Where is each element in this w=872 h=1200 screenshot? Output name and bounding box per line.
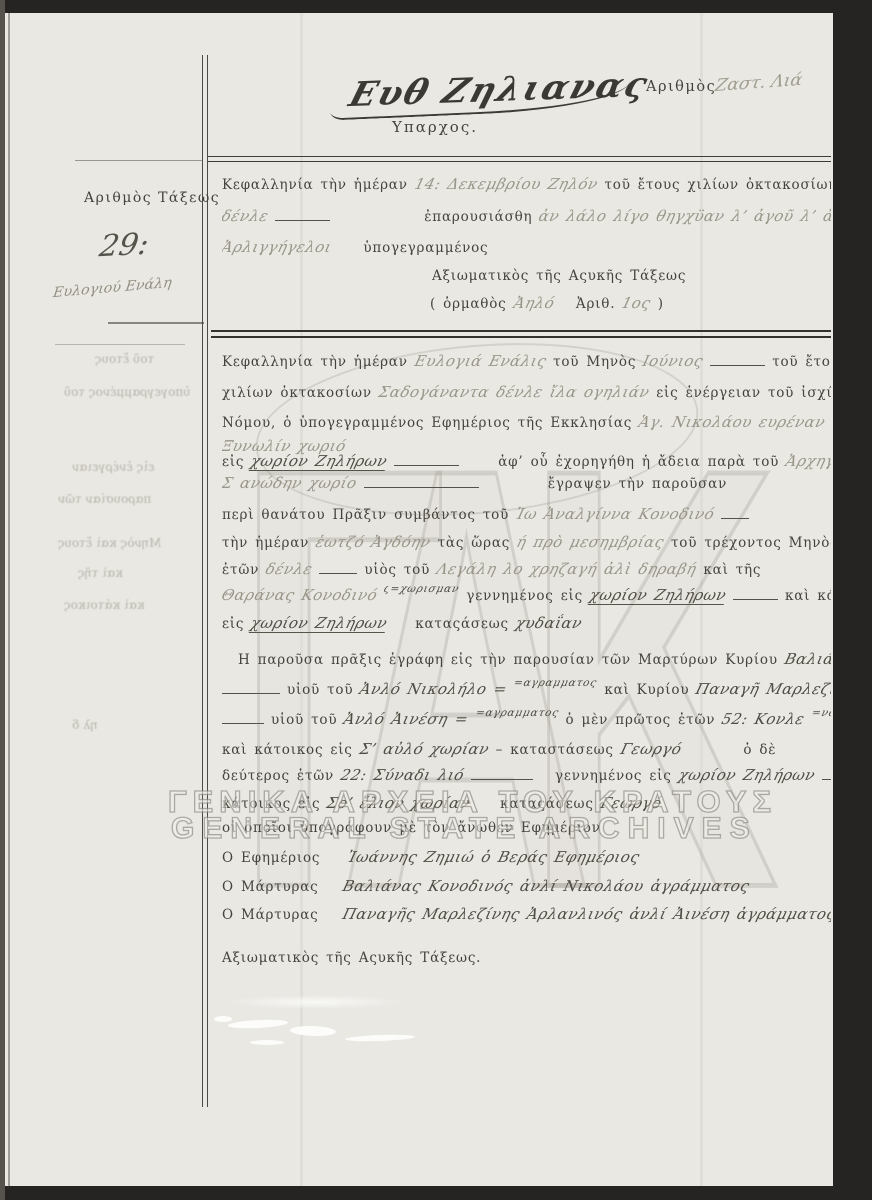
printed-text: καὶ τῆς xyxy=(703,562,761,578)
handwritten-text: 14: Δεκεμβρίου Ζηλόν xyxy=(412,175,599,193)
header-rule-margin xyxy=(75,160,203,161)
section-divider-rule xyxy=(211,330,831,338)
printed-text: Ο Μάρτυρας xyxy=(222,907,319,923)
blank-rule xyxy=(688,753,736,754)
printed-text: κάτοικος εἰς xyxy=(222,796,320,812)
text-line: δεύτερος ἐτῶν22: Σύναδι λιόγεννημένος εἰ… xyxy=(222,766,831,784)
blank-rule xyxy=(394,454,459,466)
text-line: ἐτῶνδένλευἱὸς τοῦΛεγάλη λο χρηζαγή ἀλὶ δ… xyxy=(222,560,768,578)
text-line: Ο ΕφημέριοςἸωάννης Ζημιώ ὁ Βεράς Εφημέρι… xyxy=(222,848,647,866)
text-line: Η παροῦσα πρᾶξις ἐγράφη εἰς τὴν παρουσία… xyxy=(238,650,831,668)
blank-rule xyxy=(364,476,479,488)
printed-text: ὁ δὲ xyxy=(743,742,776,758)
margin-vertical-rule xyxy=(202,55,208,1107)
handwritten-text: Ἰω Ἀναλγίννα Κονοδινό xyxy=(514,505,717,523)
handwritten-text: χωρίον Ζηλήρων xyxy=(676,766,817,784)
text-line: Κεφαλληνία τὴν ἡμέραν14: Δεκεμβρίου Ζηλό… xyxy=(222,175,831,193)
scan-edge-left xyxy=(0,0,5,1200)
handwritten-text: Ευλογιά Ενάλις xyxy=(412,352,548,370)
printed-text: γεννημένος εἰς xyxy=(466,588,583,604)
text-line: Ο ΜάρτυραςΠαναγῆς Μαρλεζίνης Ἀρλανλινός … xyxy=(222,905,831,923)
book-spine-line xyxy=(8,13,10,1187)
blank-rule xyxy=(561,307,569,308)
blank-rule xyxy=(540,779,548,780)
printed-text: ἀφ’ οὗ ἐχορηγήθη ἡ ἄδεια παρὰ τοῦ xyxy=(498,454,779,470)
text-line: υἱοῦ τοῦἈνλό Ἀινέση ==ἀγράμματοςὁ μὲν πρ… xyxy=(222,710,831,728)
document-scan: ΓΑΚ ΓΕΝΙΚΑ ΑΡΧΕΙΑ ΤΟΥ ΚΡΑΤΟΥΣ GENERAL ST… xyxy=(0,0,872,1200)
printed-text: καὶ κάτοικος εἰς xyxy=(222,742,353,758)
blank-rule xyxy=(721,507,749,519)
printed-text: υἱὸς τοῦ xyxy=(364,562,430,578)
header-title: Υπαρχος. xyxy=(392,118,478,136)
bleed-through-text: Μηνὸς καὶ ἔτους xyxy=(57,536,162,550)
bleed-through-text: εἰς ἐνέργειαν xyxy=(71,460,156,474)
text-line: οἱ ὁποῖοι ὑπογράφουν μὲ τὸν ἄνωθεν Εφημέ… xyxy=(222,820,608,836)
handwritten-text: Ἀρλιγγήγελοι xyxy=(222,238,334,256)
printed-text: οἱ ὁποῖοι ὑπογράφουν μὲ τὸν ἄνωθεν Εφημέ… xyxy=(222,820,601,836)
printed-text: ὁ μὲν πρῶτος ἐτῶν xyxy=(566,712,716,728)
paper-damage-patch xyxy=(214,1016,232,1022)
blank-rule xyxy=(394,627,408,628)
bleed-through-text: καὶ κάτοικος xyxy=(63,598,146,612)
section-divider-margin-1 xyxy=(108,322,204,324)
text-line: εἰςχωρίον Ζηλήρωνἀφ’ οὗ ἐχορηγήθη ἡ ἄδει… xyxy=(222,452,831,471)
order-number-label: Αριθμὸς Τάξεως xyxy=(84,190,220,206)
handwritten-text: Βαλιάνας Κονοδινός ἀνλί Νικολάου ἀγράμμα… xyxy=(340,877,751,895)
text-line: Σ ανώδην χωρίοἔγραψεν τὴν παροῦσαν xyxy=(222,474,734,492)
handwritten-text: Λεγάλη λο χρηζαγή ἀλὶ δηραβή xyxy=(435,560,699,578)
text-line: ( ὁρμαθὸςἈηλόἈριθ.1ος) xyxy=(430,294,671,312)
handwritten-text: Σο’ ἔλιον χωρίαν xyxy=(325,794,472,812)
scan-edge-bottom xyxy=(0,1186,872,1200)
handwritten-text: δένλε xyxy=(222,207,271,225)
printed-text: Ἀριθ. xyxy=(576,296,615,312)
scan-edge-right xyxy=(833,0,872,1200)
printed-text: υἱοῦ τοῦ xyxy=(287,682,353,698)
blank-rule xyxy=(327,861,341,862)
handwritten-text: Θαράνας Κονοδινό xyxy=(222,586,379,604)
handwritten-text: 22: Σύναδι λιό xyxy=(339,766,466,784)
printed-text: εἰς xyxy=(222,454,244,470)
printed-text: ἔγραψεν τὴν παροῦσαν xyxy=(548,476,727,492)
printed-text: χιλίων ὀκτακοσίων xyxy=(222,385,372,401)
handwritten-text: Παναγῆς Μαρλεζίνης Ἀρλανλινός ἀνλί Ἀινέσ… xyxy=(340,905,831,923)
bleed-through-text: τοῦ ἔτους xyxy=(94,352,155,366)
blank-rule xyxy=(733,588,778,600)
printed-text: τοῦ ἔτους xyxy=(772,354,831,370)
printed-text: περὶ θανάτου Πρᾶξιν συμβάντος τοῦ xyxy=(222,507,509,523)
blank-rule xyxy=(710,354,765,366)
handwritten-text: χωρίον Ζηλήρων xyxy=(588,586,729,605)
handwritten-text: Γεωργό xyxy=(619,740,684,758)
handwritten-text: ἑωτζό Ἀγδόην xyxy=(314,533,433,551)
printed-text: καὶ Κυρίου xyxy=(604,682,689,698)
printed-text: ὑπογεγραμμένος xyxy=(363,240,488,256)
text-line: τὴν ἡμέρανἑωτζό Ἀγδόηντὰς ὥραςή πρὸ μεση… xyxy=(222,533,831,551)
handwritten-text: 1ος xyxy=(620,294,653,312)
text-line: εἰςχωρίον Ζηλήρωνκαταςάσεωςχυδαΐαν xyxy=(222,614,589,633)
inserted-note: =νονλαδίο xyxy=(810,710,831,719)
blank-rule xyxy=(471,768,533,780)
blank-rule xyxy=(338,251,356,252)
text-line: χιλίων ὀκτακοσίωνΣαδογάναντα δένλε ἴλα ο… xyxy=(222,383,831,401)
bleed-through-text: ηλ δ xyxy=(71,718,99,732)
handwritten-text: Σαδογάναντα δένλε ἴλα ογηλιάν xyxy=(377,383,652,401)
text-line: Κεφαλληνία τὴν ἡμέρανΕυλογιά Ενάλιςτοῦ Μ… xyxy=(222,352,831,370)
handwritten-text: Βαλιάνο Κονοδινό xyxy=(783,650,831,668)
blank-rule xyxy=(222,682,280,694)
inserted-note: =ἀγράμματος xyxy=(474,710,560,719)
number-label: Αριθμὸς xyxy=(646,79,716,95)
handwritten-text: Σ ανώδην χωρίο xyxy=(222,474,359,492)
handwritten-text: χυδαΐαν xyxy=(514,614,584,632)
bleed-through-text: ὑπογεγραμμένος τοῦ xyxy=(63,385,192,399)
handwritten-text: δένλε xyxy=(264,560,315,578)
handwritten-text: χωρίον Ζηλήρων xyxy=(249,614,390,633)
handwritten-text: ἀν λάλο λίγο θηγχϋαν λ’ ἀγοῦ λ’ ἀνύον xyxy=(537,207,831,225)
printed-text: εἰς xyxy=(222,616,244,632)
printed-text: υἱοῦ τοῦ xyxy=(271,712,337,728)
handwritten-text: Ἀνλό Ἀινέση = xyxy=(342,710,471,728)
section-divider-margin-2 xyxy=(55,344,185,345)
blank-rule xyxy=(337,220,417,221)
blank-rule xyxy=(275,209,330,221)
text-line: Αξιωματικὸς τῆς Αςυκῆς Τάξεως xyxy=(432,268,693,284)
handwritten-text: Ἀνλό Νικολήλο = xyxy=(358,680,509,698)
printed-text: εἰς ἐνέργειαν τοῦ ἰσχύοντος xyxy=(656,385,831,401)
blank-rule xyxy=(326,918,336,919)
printed-text: καταςάσεως xyxy=(500,796,594,812)
bleed-through-text: παρουσίαν τῶν xyxy=(57,492,152,506)
blank-rule xyxy=(326,890,336,891)
printed-text: – καταστάσεως xyxy=(496,742,614,758)
printed-text: Ο Μάρτυρας xyxy=(222,879,319,895)
paper-damage-patch xyxy=(250,1040,284,1045)
printed-text: ἐπαρουσιάσθη xyxy=(424,209,532,225)
handwritten-text: Ἰωάννης Ζημιώ ὁ Βεράς Εφημέριος xyxy=(346,848,642,866)
blank-rule xyxy=(319,562,357,574)
handwritten-text: Ιούνιος xyxy=(641,352,706,370)
printed-text: τοῦ Μηνὸς xyxy=(553,354,636,370)
printed-text: Αξιωματικὸς τῆς Αςυκῆς Τάξεως. xyxy=(222,950,481,966)
printed-text: Ο Εφημέριος xyxy=(222,850,320,866)
text-line: Ἀρλιγγήγελοιὑπογεγραμμένος xyxy=(222,238,495,256)
printed-text: τοῦ ἔτους χιλίων ὀκτακοσίων xyxy=(605,177,831,193)
inserted-note: ζ=χωρισμάν xyxy=(383,586,461,595)
blank-rule xyxy=(222,712,264,724)
printed-text: καταςάσεως xyxy=(415,616,509,632)
printed-text: καὶ κάτοικος xyxy=(785,588,831,604)
paper-scuff xyxy=(225,995,405,1009)
printed-text: Κεφαλληνία τὴν ἡμέραν xyxy=(222,354,408,370)
printed-text: τὰς ὥρας xyxy=(438,535,510,551)
printed-text: Η παροῦσα πρᾶξις ἐγράφη εἰς τὴν παρουσία… xyxy=(238,652,778,668)
header-rule xyxy=(208,156,831,162)
printed-text: ἐτῶν xyxy=(222,562,259,578)
text-line: Ο ΜάρτυραςΒαλιάνας Κονοδινός ἀνλί Νικολά… xyxy=(222,877,756,895)
scan-edge-top xyxy=(0,0,872,13)
text-line: καὶ κάτοικος εἰςΣ’ αὐλό χωρίαν– καταστάσ… xyxy=(222,740,783,758)
text-line: περὶ θανάτου Πρᾶξιν συμβάντος τοῦἸω Ἀναλ… xyxy=(222,505,756,523)
blank-rule xyxy=(822,768,831,780)
handwritten-text: χωρίον Ζηλήρων xyxy=(249,452,390,471)
printed-text: δεύτερος ἐτῶν xyxy=(222,768,334,784)
handwritten-text: Γεωργό xyxy=(598,794,663,812)
printed-text: ( ὁρμαθὸς xyxy=(430,296,507,312)
text-line: δένλεἐπαρουσιάσθηἀν λάλο λίγο θηγχϋαν λ’… xyxy=(222,207,831,225)
printed-text: γεννημένος εἰς xyxy=(555,768,672,784)
blank-rule xyxy=(466,465,491,466)
handwritten-text: ή πρὸ μεσημβρίας xyxy=(515,533,666,551)
text-line: Αξιωματικὸς τῆς Αςυκῆς Τάξεως. xyxy=(222,950,488,966)
handwritten-text: Σ’ αὐλό χωρίαν xyxy=(357,740,490,758)
handwritten-text: Ἀρχηγοῦ xyxy=(784,452,831,470)
blank-rule xyxy=(477,807,493,808)
printed-text: ) xyxy=(658,296,664,312)
printed-text: Κεφαλληνία τὴν ἡμέραν xyxy=(222,177,408,193)
handwritten-text: Παναγῆ Μαρλεζίνου Ἀρλανλινό xyxy=(694,680,831,698)
text-line: κάτοικος εἰςΣο’ ἔλιον χωρίανκαταςάσεωςΓε… xyxy=(222,794,668,812)
handwritten-text: Ἀηλό xyxy=(511,294,556,312)
bleed-through-text: καὶ τῆς xyxy=(77,566,124,580)
printed-text: Νόμου, ὁ ὑπογεγραμμένος Εφημέριος τῆς Εκ… xyxy=(222,415,632,431)
text-line: υἱοῦ τοῦἈνλό Νικολήλο ==ἀγράμματοςκαὶ Κυ… xyxy=(222,680,831,698)
handwritten-text: 52: Κονλε xyxy=(720,710,807,728)
printed-text: τοῦ τρέχοντος Μηνὸς καὶ ἔτους xyxy=(671,535,831,551)
inserted-note: =ἀγράμματος xyxy=(513,680,599,689)
printed-text: Αξιωματικὸς τῆς Αςυκῆς Τάξεως xyxy=(432,268,686,284)
printed-text: τὴν ἡμέραν xyxy=(222,535,309,551)
blank-rule xyxy=(486,487,541,488)
text-line: Θαράνας Κονοδινόζ=χωρισμάνγεννημένος εἰς… xyxy=(222,586,831,605)
text-line: Νόμου, ὁ ὑπογεγραμμένος Εφημέριος τῆς Εκ… xyxy=(222,413,831,431)
order-number-handwritten: 29: xyxy=(97,227,151,264)
handwritten-text: Ἁγ. Νικολάου ευρέναν ἀ’αὐλώ xyxy=(637,413,831,431)
